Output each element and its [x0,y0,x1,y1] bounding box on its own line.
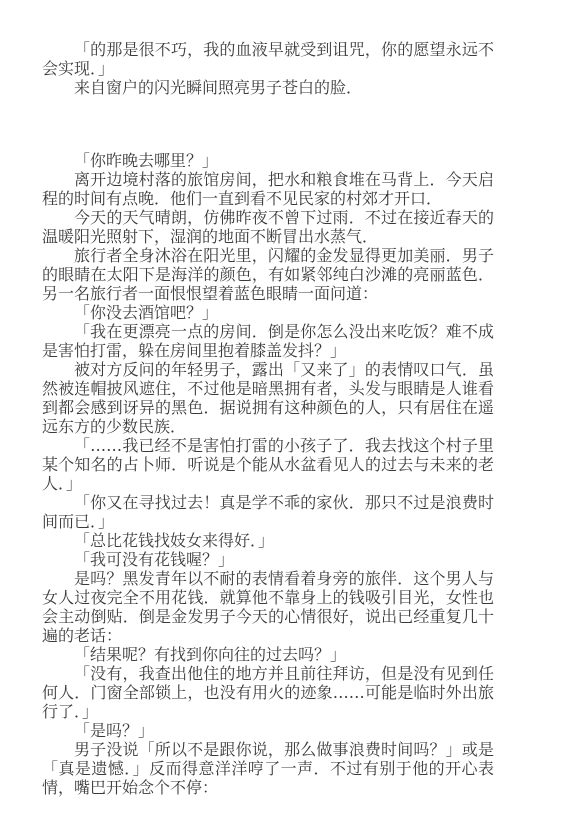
paragraph: 旅行者全身沐浴在阳光里，闪耀的金发显得更加美丽．男子的眼睛在太阳下是海洋的颜色，… [42,246,494,303]
paragraph: 「总比花钱找妓女来得好．」 [42,531,494,550]
paragraph: 离开边境村落的旅馆房间，把水和粮食堆在马背上．今天启程的时间有点晚．他们一直到看… [42,170,494,208]
paragraph: 是吗？黑发青年以不耐的表情看着身旁的旅伴．这个男人与女人过夜完全不用花钱．就算他… [42,569,494,645]
paragraph: 「的那是很不巧，我的血液早就受到诅咒，你的愿望永远不会实现．」 [42,40,494,78]
paragraph: 「是吗？」 [42,721,494,740]
paragraph: 「没有，我查出他住的地方并且前往拜访，但是没有见到任何人．门窗全部锁上，也没有用… [42,664,494,721]
paragraph: 被对方反问的年轻男子，露出「又来了」的表情叹口气．虽然被连帽披风遮住，不过他是暗… [42,360,494,436]
paragraph: 男子没说「所以不是跟你说，那么做事浪费时间吗？」或是「真是遗憾．」反而得意洋洋哼… [42,740,494,797]
paragraph: 来自窗户的闪光瞬间照亮男子苍白的脸． [42,78,494,97]
paragraph: 「你又在寻找过去！真是学不乖的家伙．那只不过是浪费时间而已．」 [42,493,494,531]
text-block-opening: 「的那是很不巧，我的血液早就受到诅咒，你的愿望永远不会实现．」来自窗户的闪光瞬间… [42,40,494,97]
text-column: 「的那是很不巧，我的血液早就受到诅咒，你的愿望永远不会实现．」来自窗户的闪光瞬间… [42,40,494,797]
paragraph: 今天的天气晴朗，仿佛昨夜不曾下过雨．不过在接近春天的温暖阳光照射下，湿润的地面不… [42,208,494,246]
text-block-main: 「你昨晚去哪里？」离开边境村落的旅馆房间，把水和粮食堆在马背上．今天启程的时间有… [42,151,494,797]
paragraph: 「我在更漂亮一点的房间．倒是你怎么没出来吃饭？难不成是害怕打雷，躲在房间里抱着膝… [42,322,494,360]
paragraph: 「你没去酒馆吧？」 [42,303,494,322]
paragraph: 「结果呢？有找到你向往的过去吗？」 [42,645,494,664]
paragraph: 「你昨晚去哪里？」 [42,151,494,170]
paragraph: 「……我已经不是害怕打雷的小孩子了．我去找这个村子里某个知名的占卜师．听说是个能… [42,436,494,493]
document-page: 「的那是很不巧，我的血液早就受到诅咒，你的愿望永远不会实现．」来自窗户的闪光瞬间… [0,0,583,828]
paragraph: 「我可没有花钱喔？」 [42,550,494,569]
